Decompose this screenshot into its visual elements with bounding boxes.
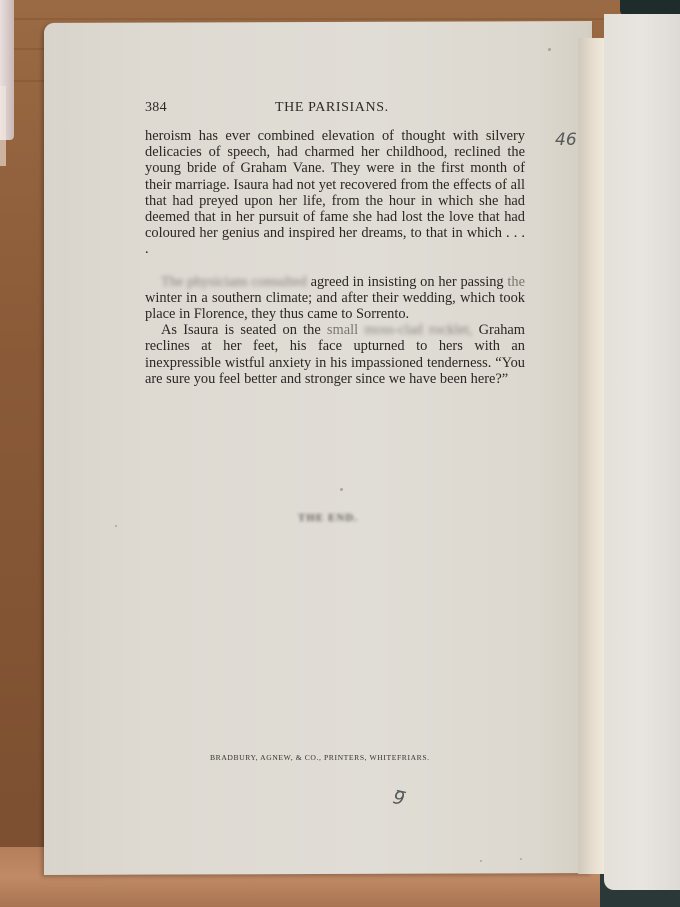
book-gutter: [578, 38, 604, 874]
paper-speck: [520, 858, 522, 860]
paper-speck: [115, 525, 117, 527]
wood-grain: [0, 18, 680, 20]
paragraph: heroism has ever combined elevation of t…: [145, 128, 525, 258]
text-segment: heroism has ever combined elevation of t…: [145, 128, 525, 257]
paper-speck: [340, 488, 343, 491]
text-segment: the: [507, 274, 525, 290]
blurred-text: The physicians consulted: [161, 274, 307, 290]
handwritten-margin-note: 46: [555, 130, 577, 150]
paragraph: The physicians consulted agreed in insis…: [145, 274, 525, 323]
page-number: 384: [145, 100, 167, 116]
blurred-text: moss-clad rocklet,: [358, 322, 472, 338]
facing-page: [604, 14, 680, 890]
paper-speck: [548, 48, 551, 51]
text-segment: agreed in insisting on her passing: [307, 274, 508, 290]
text-segment: small: [327, 322, 358, 338]
printer-imprint: BRADBURY, AGNEW, & CO., PRINTERS, WHITEF…: [210, 753, 470, 762]
paragraph: As Isaura is seated on the small moss-cl…: [145, 322, 525, 387]
text-segment: winter in a southern climate; and after …: [145, 290, 525, 322]
the-end-marker: THE END.: [298, 512, 358, 524]
running-title: THE PARISIANS.: [275, 100, 389, 116]
background-object: [0, 86, 6, 166]
body-text: heroism has ever combined elevation of t…: [145, 128, 525, 387]
paper-speck: [480, 860, 482, 862]
text-segment: As Isaura is seated on the: [161, 322, 327, 338]
